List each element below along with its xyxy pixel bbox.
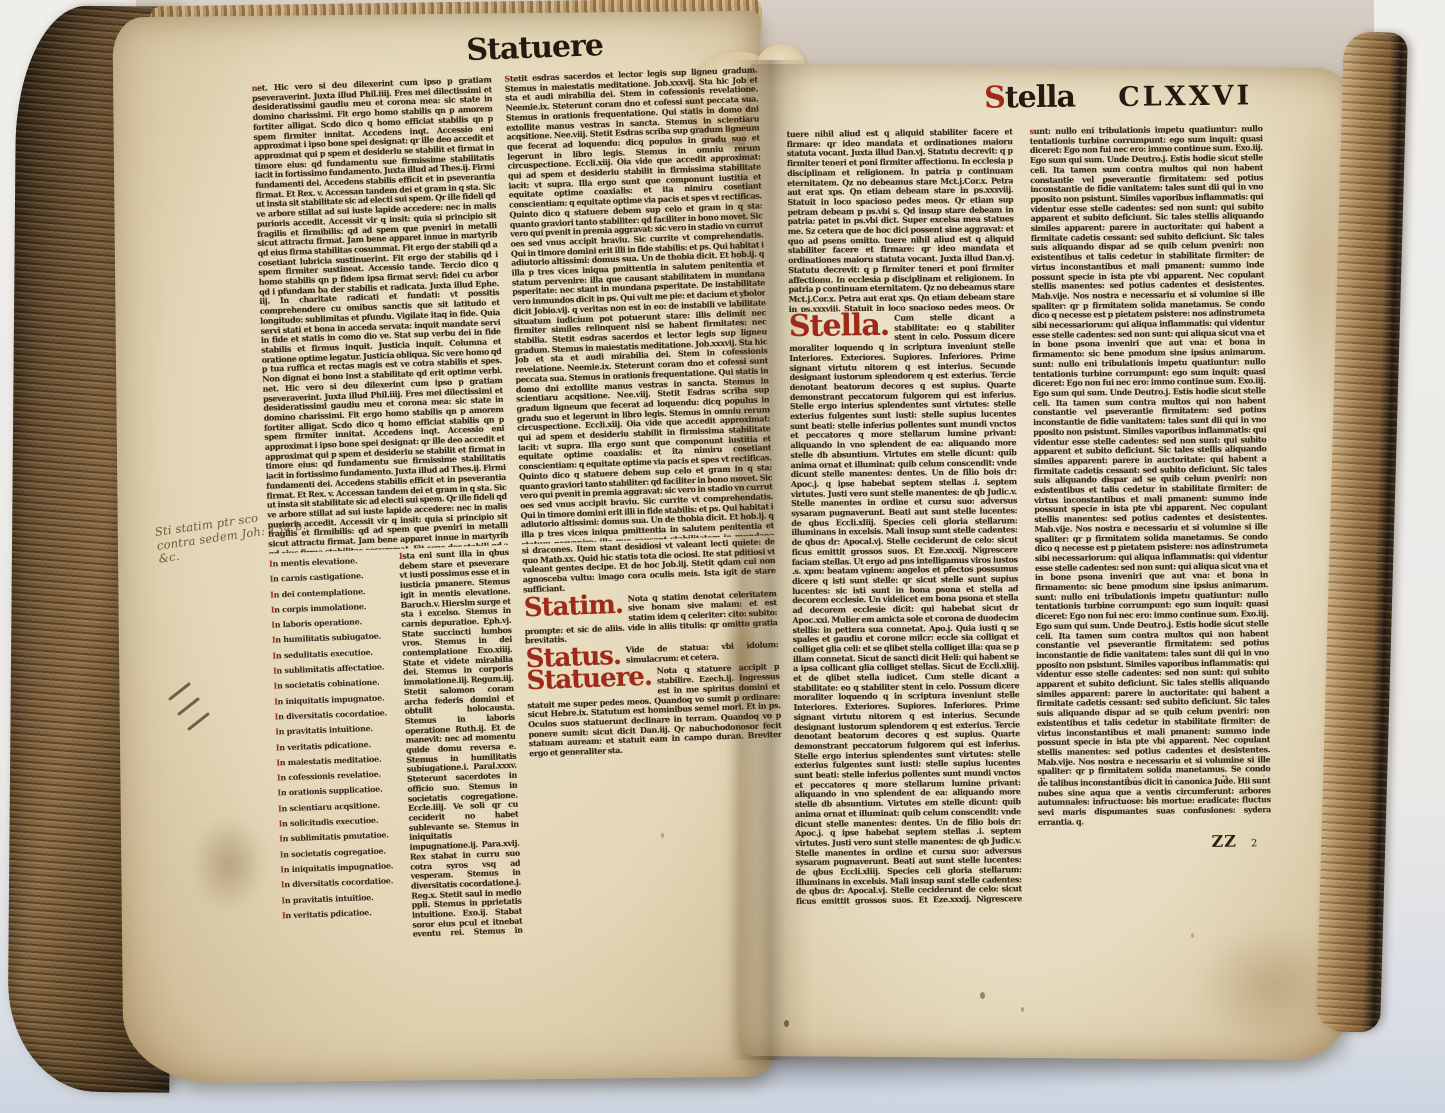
section-statim: Statim. Nota q statim denotat celeritate… bbox=[523, 589, 778, 647]
right-column-2: sunt: nullo eni tribulationis impetu qua… bbox=[1030, 124, 1272, 905]
litany-list: In mentis elevatione.In carnis castigati… bbox=[269, 552, 407, 942]
section-text: Vide de statua: vbi idolum: simulacrum: … bbox=[626, 639, 779, 664]
running-title-left-label: Statuere bbox=[466, 31, 604, 66]
left-column-2: Stetit esdras sacerdos et lector legis s… bbox=[504, 65, 788, 936]
body-text-block: Stetit esdras sacerdos et lector legis s… bbox=[504, 65, 774, 544]
signature-row: ZZ2 bbox=[1038, 831, 1257, 853]
section-text: Cum stelle dicant a stabilitate: eo q st… bbox=[789, 311, 1022, 908]
right-column-1: tuere nihil aliud est q aliquid stabilit… bbox=[787, 127, 1022, 908]
signature-number: 2 bbox=[1251, 838, 1258, 849]
section-heading-statuere: Statuere. bbox=[526, 667, 652, 692]
section-heading-statim: Statim. bbox=[523, 594, 623, 618]
signature-mark: ZZ bbox=[1211, 831, 1237, 850]
running-title-right-label: Stella bbox=[984, 82, 1075, 113]
section-statuere: Statuere. Nota q statuere accipit p stab… bbox=[526, 662, 782, 759]
left-page-text: Statuere net. Hic vero si deu dilexerint… bbox=[250, 25, 789, 945]
litany-row: In mentis elevatione.In carnis castigati… bbox=[269, 548, 523, 943]
right-page-header: Stella CLXXVI bbox=[786, 80, 1262, 117]
closing-text: de talibus inconstantibus dicit in canon… bbox=[1037, 776, 1271, 827]
litany-side-text: Ista eni sunt illa in qbus debem stare e… bbox=[399, 548, 523, 938]
right-page-text: Stella CLXXVI tuere nihil aliud est q al… bbox=[786, 80, 1272, 908]
section-stella: Stella. Cum stelle dicant a stabilitate:… bbox=[789, 312, 1022, 908]
body-text-block: sunt: nullo eni tribulationis impetu qua… bbox=[1030, 124, 1271, 779]
right-page-columns: tuere nihil aliud est q aliquid stabilit… bbox=[787, 124, 1272, 908]
body-text-block: tuere nihil aliud est q aliquid stabilit… bbox=[787, 127, 1015, 312]
body-text-block: si dracones. Item stant desidiosi vt val… bbox=[522, 537, 777, 595]
section-heading-stella: Stella. bbox=[789, 314, 890, 339]
folio-number: CLXXVI bbox=[1118, 80, 1252, 113]
book-photo: Statuere net. Hic vero si deu dilexerint… bbox=[0, 0, 1445, 1113]
body-text-block: net. Hic vero si deu dilexerint cum ipso… bbox=[251, 75, 508, 553]
